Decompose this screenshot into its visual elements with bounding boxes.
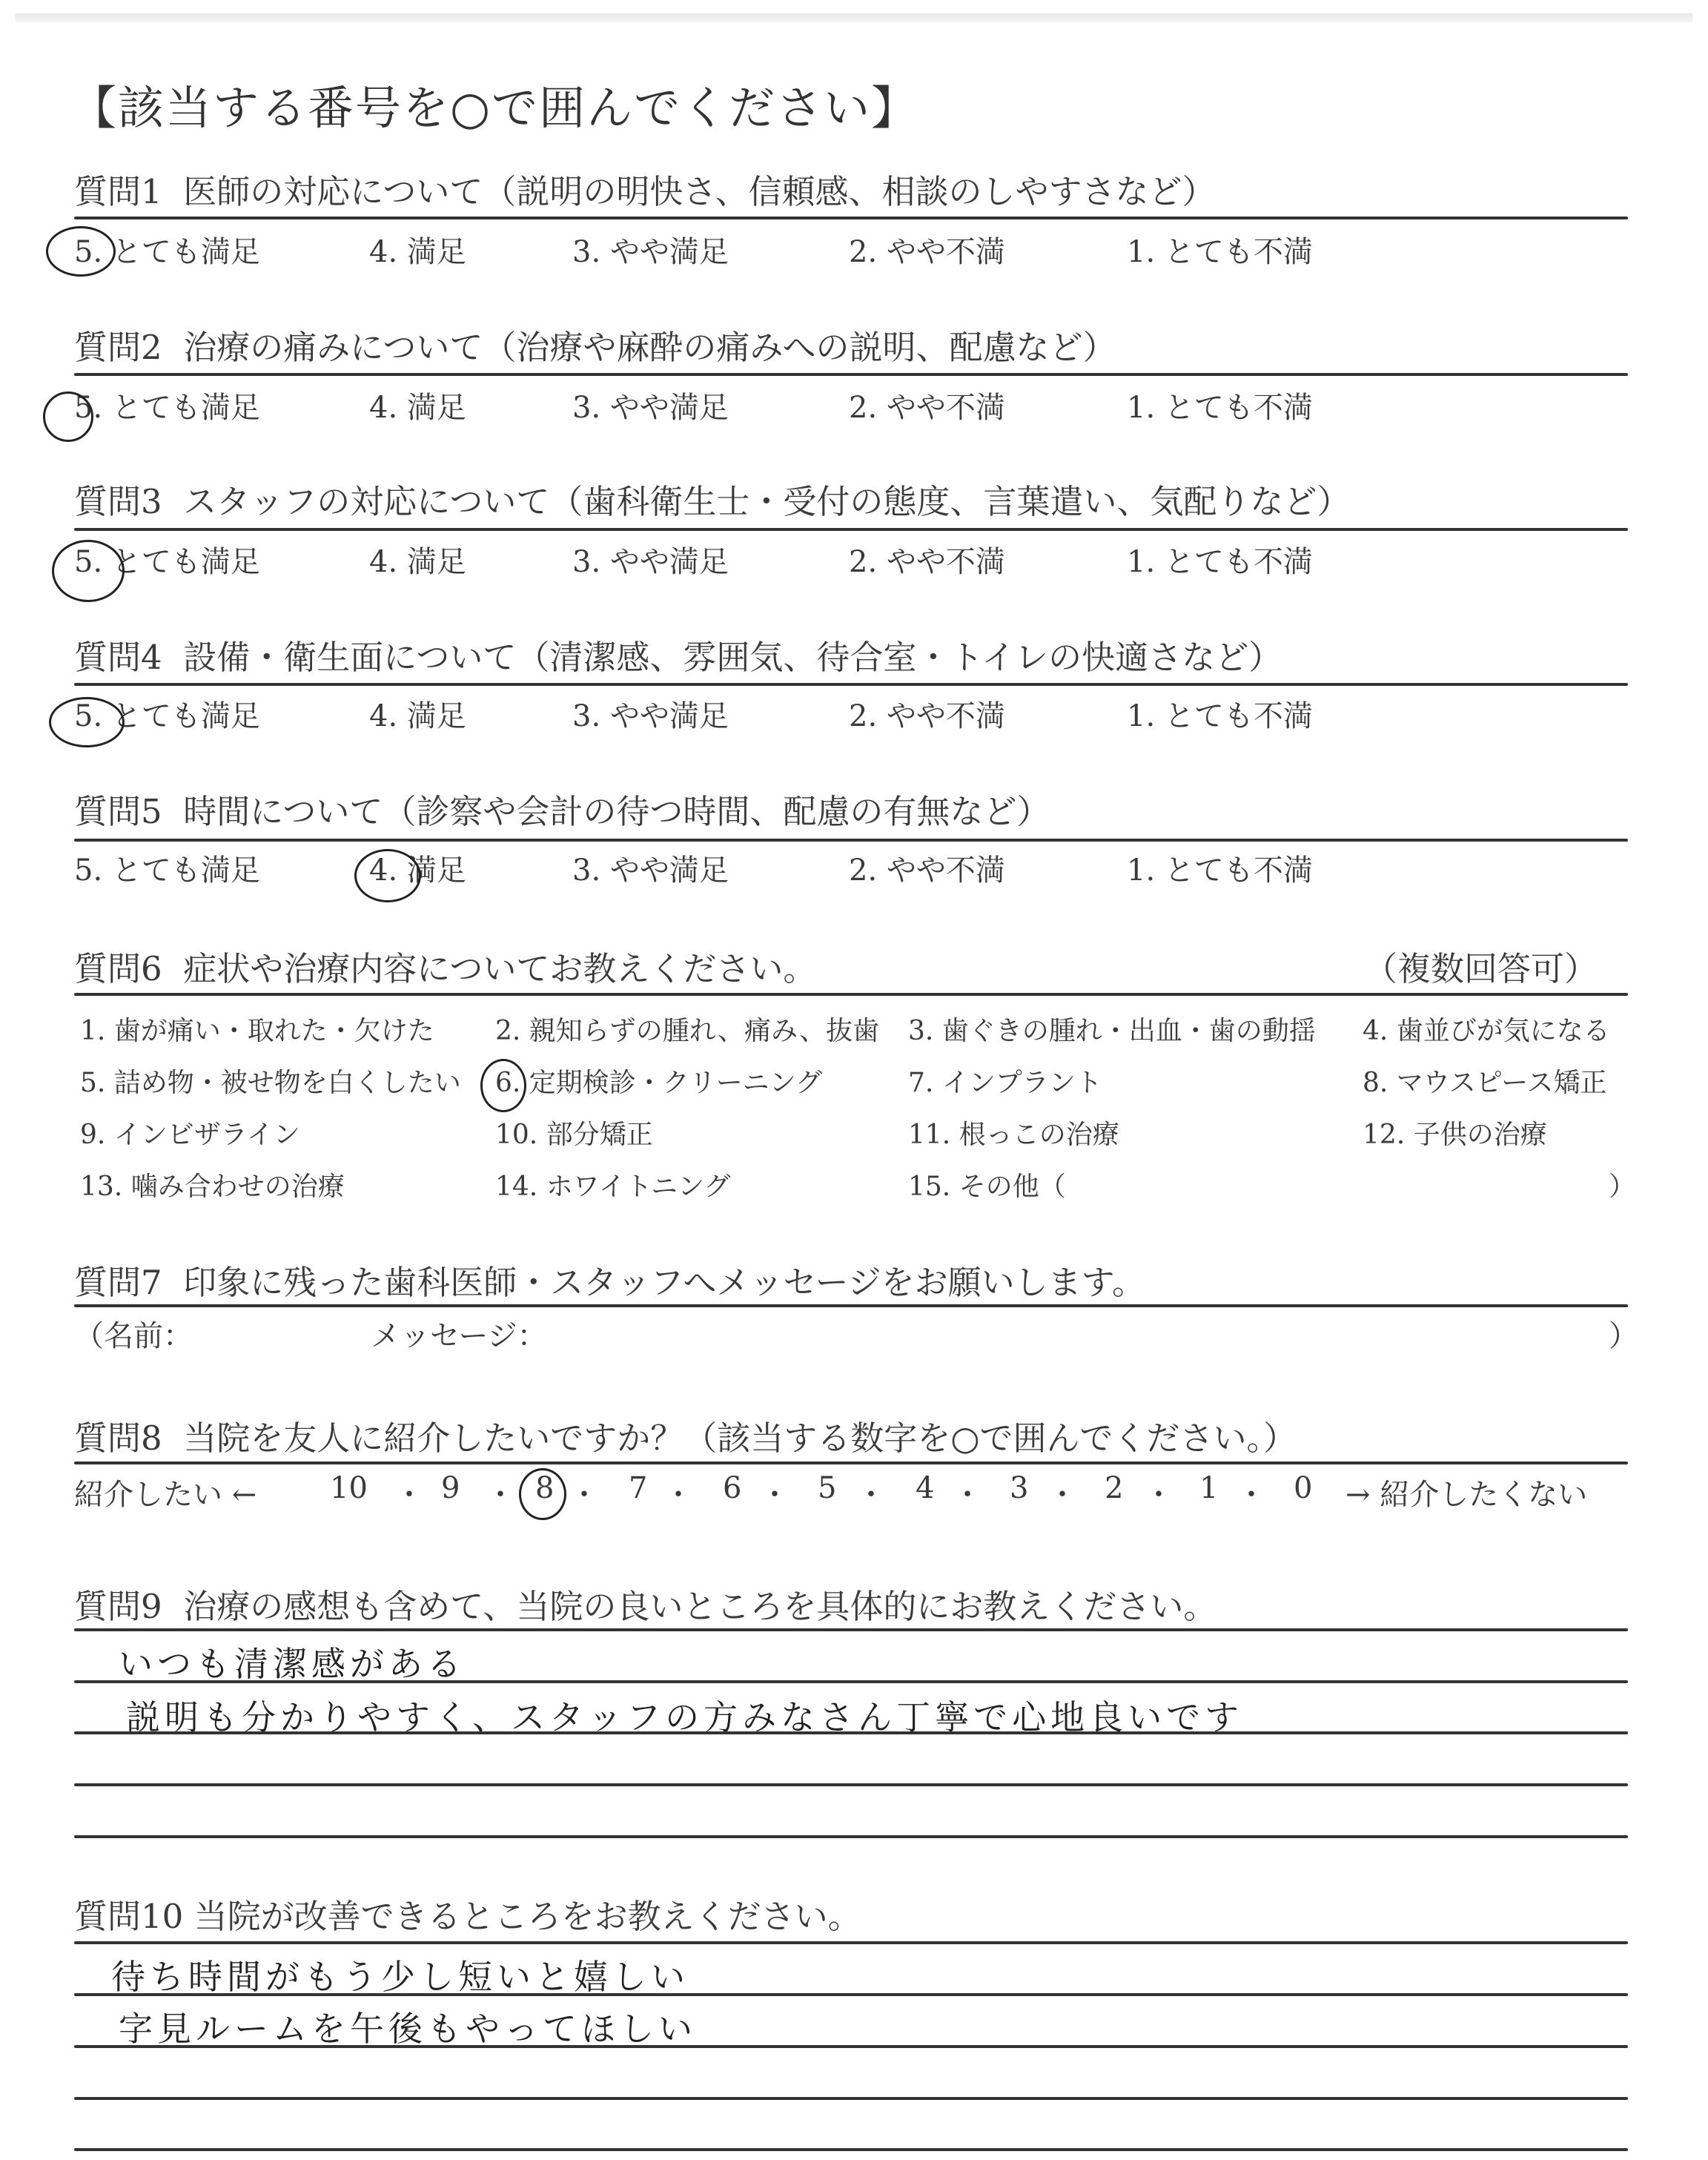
q5-option-2[interactable]: 2. やや不満 [849,847,1005,889]
q3-option-4[interactable]: 4. 満足 [369,538,466,581]
q8-left-label: 紹介したい ← [74,1471,256,1513]
q9-answer-line-1[interactable]: いつも清潔感がある [119,1637,466,1686]
q10-rule [74,2045,1628,2048]
q6-option-14[interactable]: 14. ホワイトニング [495,1166,730,1203]
q6-heading: 質問6 症状や治療内容についてお教えください。 [74,942,816,990]
q1-option-3[interactable]: 3. やや満足 [572,228,729,271]
q3-heading: 質問3 スタッフの対応について（歯科衛生士・受付の態度、言葉遣い、気配りなど） [74,475,1350,523]
q2-option-3[interactable]: 3. やや満足 [572,384,729,426]
q9-rule [74,1783,1628,1786]
q8-score-9[interactable]: 9 [441,1471,460,1505]
q7-heading: 質問7 印象に残った歯科医師・スタッフへメッセージをお願いします。 [74,1255,1145,1304]
q6-option-11[interactable]: 11. 根っこの治療 [908,1114,1119,1152]
q5-text: 時間について（診察や会計の待つ時間、配慮の有無など） [183,792,1050,831]
q8-selection-circle [519,1468,566,1520]
q9-answer-line-3[interactable] [126,1743,1609,1780]
q8-score-5[interactable]: 5 [818,1471,836,1505]
q5-label: 質問5 [74,792,162,831]
q8-text: 当院を友人に紹介したいですか？（該当する数字を○で囲んでください。） [183,1418,1297,1458]
q8-sep: ・ [856,1471,886,1513]
q5-option-3[interactable]: 3. やや満足 [572,847,729,889]
q8-rule [74,1462,1628,1464]
q2-option-1[interactable]: 1. とても不満 [1127,384,1313,426]
q9-text: 治療の感想も含めて、当院の良いところを具体的にお教えください。 [183,1587,1217,1626]
q10-rule [74,1941,1628,1944]
q6-option-4[interactable]: 4. 歯並びが気になる [1363,1010,1610,1048]
q8-score-10[interactable]: 10 [330,1471,368,1505]
q1-selection-circle [46,226,116,277]
q7-name-label: （名前： [74,1312,193,1355]
q8-sep: ・ [486,1471,515,1513]
q8-score-2[interactable]: 2 [1105,1471,1123,1505]
q2-heading: 質問2 治療の痛みについて（治療や麻酔の痛みへの説明、配慮など） [74,320,1116,369]
q9-label: 質問9 [74,1587,162,1626]
q4-selection-circle [49,697,125,747]
q8-score-0[interactable]: 0 [1294,1471,1312,1505]
q8-sep: ・ [394,1471,424,1513]
q3-label: 質問3 [74,482,162,521]
q10-answer-line-2[interactable]: 字見ルームを午後もやってほしい [119,2002,697,2051]
q1-heading: 質問1 医師の対応について（説明の明快さ、信頼感、相談のしやすさなど） [74,165,1216,213]
q8-sep: ・ [760,1471,790,1513]
q3-text: スタッフの対応について（歯科衛生士・受付の態度、言葉遣い、気配りなど） [183,482,1350,521]
q6-option-7[interactable]: 7. インプラント [908,1062,1102,1100]
q1-rule [74,217,1628,219]
q6-label: 質問6 [74,949,162,988]
q8-heading: 質問8 当院を友人に紹介したいですか？（該当する数字を○で囲んでください。） [74,1411,1297,1459]
q5-rule [74,839,1628,842]
q6-option-3[interactable]: 3. 歯ぐきの腫れ・出血・歯の動揺 [908,1010,1316,1048]
q5-option-5[interactable]: 5. とても満足 [74,847,260,889]
q6-option-13[interactable]: 13. 噛み合わせの治療 [80,1166,345,1203]
q5-selection-circle [354,849,421,902]
q7-label: 質問7 [74,1263,162,1302]
q6-option-2[interactable]: 2. 親知らずの腫れ、痛み、抜歯 [495,1010,879,1048]
q7-close-paren: ） [1609,1312,1638,1355]
q4-text: 設備・衛生面について（清潔感、雰囲気、待合室・トイレの快適さなど） [183,638,1282,677]
q6-text: 症状や治療内容についてお教えください。 [183,949,816,988]
q3-option-3[interactable]: 3. やや満足 [572,538,729,581]
q7-rule [74,1304,1628,1307]
q6-rule [74,993,1628,996]
q1-option-4[interactable]: 4. 満足 [369,228,466,271]
q10-text: 当院が改善できるところをお教えください。 [194,1897,861,1936]
form-instruction: 【該当する番号を○で囲んでください】 [70,71,918,137]
q8-score-4[interactable]: 4 [916,1471,934,1505]
q6-note: （複数回答可） [1364,942,1598,990]
q6-option-1[interactable]: 1. 歯が痛い・取れた・欠けた [80,1010,434,1048]
q3-rule [74,528,1628,531]
q4-option-2[interactable]: 2. やや不満 [849,693,1005,735]
q8-sep: ・ [1144,1471,1174,1513]
q8-label: 質問8 [74,1418,162,1458]
q2-option-5[interactable]: 5. とても満足 [74,384,260,426]
q4-label: 質問4 [74,638,162,677]
q8-sep: ・ [953,1471,982,1513]
q10-answer-line-1[interactable]: 待ち時間がもう少し短いと嬉しい [111,1950,689,1999]
q5-option-1[interactable]: 1. とても不満 [1127,847,1313,889]
q3-selection-circle [52,540,125,602]
q7-text: 印象に残った歯科医師・スタッフへメッセージをお願いします。 [183,1263,1145,1302]
q7-message-label: メッセージ： [371,1312,547,1355]
q1-text: 医師の対応について（説明の明快さ、信頼感、相談のしやすさなど） [183,172,1215,211]
q1-option-2[interactable]: 2. やや不満 [849,228,1005,271]
q6-option-5[interactable]: 5. 詰め物・被せ物を白くしたい [80,1062,461,1100]
q2-rule [74,373,1628,376]
q6-option-12[interactable]: 12. 子供の治療 [1363,1114,1547,1152]
q8-score-3[interactable]: 3 [1010,1471,1028,1505]
q8-sep: ・ [1237,1471,1266,1513]
q4-heading: 質問4 設備・衛生面について（清潔感、雰囲気、待合室・トイレの快適さなど） [74,630,1282,678]
q6-other-close: ） [1609,1166,1635,1203]
q2-option-4[interactable]: 4. 満足 [369,384,466,426]
q2-selection-circle [43,392,93,442]
q9-rule [74,1731,1628,1734]
q1-label: 質問1 [74,172,162,211]
q7-message-field[interactable] [549,1312,1586,1347]
q9-rule [74,1680,1628,1683]
q3-option-2[interactable]: 2. やや不満 [849,538,1005,581]
scan-top-edge [15,13,1693,22]
q3-option-1[interactable]: 1. とても不満 [1127,538,1313,581]
q10-heading: 質問10 当院が改善できるところをお教えください。 [74,1889,861,1938]
q4-option-1[interactable]: 1. とても不満 [1127,693,1313,735]
q6-option-6[interactable]: 6. 定期検診・クリーニング [495,1062,822,1100]
q8-score-1[interactable]: 1 [1199,1471,1218,1505]
q9-heading: 質問9 治療の感想も含めて、当院の良いところを具体的にお教えください。 [74,1579,1217,1628]
q10-rule [74,1993,1628,1996]
q9-answer-line-4[interactable] [126,1794,1609,1832]
q6-option-10[interactable]: 10. 部分矯正 [495,1114,653,1152]
q4-rule [74,683,1628,686]
q6-selection-circle [480,1059,526,1112]
q8-sep: ・ [663,1471,693,1513]
q1-option-1[interactable]: 1. とても不満 [1127,228,1313,271]
q9-rule [74,1835,1628,1838]
q9-rule [74,1628,1628,1631]
q8-right-label: → 紹介したくない [1345,1471,1587,1513]
q10-rule [74,2097,1628,2100]
q2-option-2[interactable]: 2. やや不満 [849,384,1005,426]
q8-sep: ・ [569,1471,599,1513]
q8-score-7[interactable]: 7 [629,1471,647,1505]
q2-label: 質問2 [74,328,162,367]
q4-option-4[interactable]: 4. 満足 [369,693,466,735]
q6-option-8[interactable]: 8. マウスピース矯正 [1363,1062,1606,1100]
q8-score-6[interactable]: 6 [723,1471,741,1505]
q5-heading: 質問5 時間について（診察や会計の待つ時間、配慮の有無など） [74,785,1050,833]
q10-answer-line-3[interactable] [119,2055,1601,2093]
q6-option-9[interactable]: 9. インビザライン [80,1114,300,1152]
q2-text: 治療の痛みについて（治療や麻酔の痛みへの説明、配慮など） [183,328,1116,367]
q10-rule [74,2148,1628,2151]
q4-option-3[interactable]: 3. やや満足 [572,693,729,735]
q10-answer-line-4[interactable] [119,2107,1601,2144]
q7-name-field[interactable] [178,1312,356,1347]
q6-option-15-other[interactable]: 15. その他（ [908,1166,1066,1203]
q10-label: 質問10 [74,1897,183,1936]
q8-sep: ・ [1047,1471,1077,1513]
